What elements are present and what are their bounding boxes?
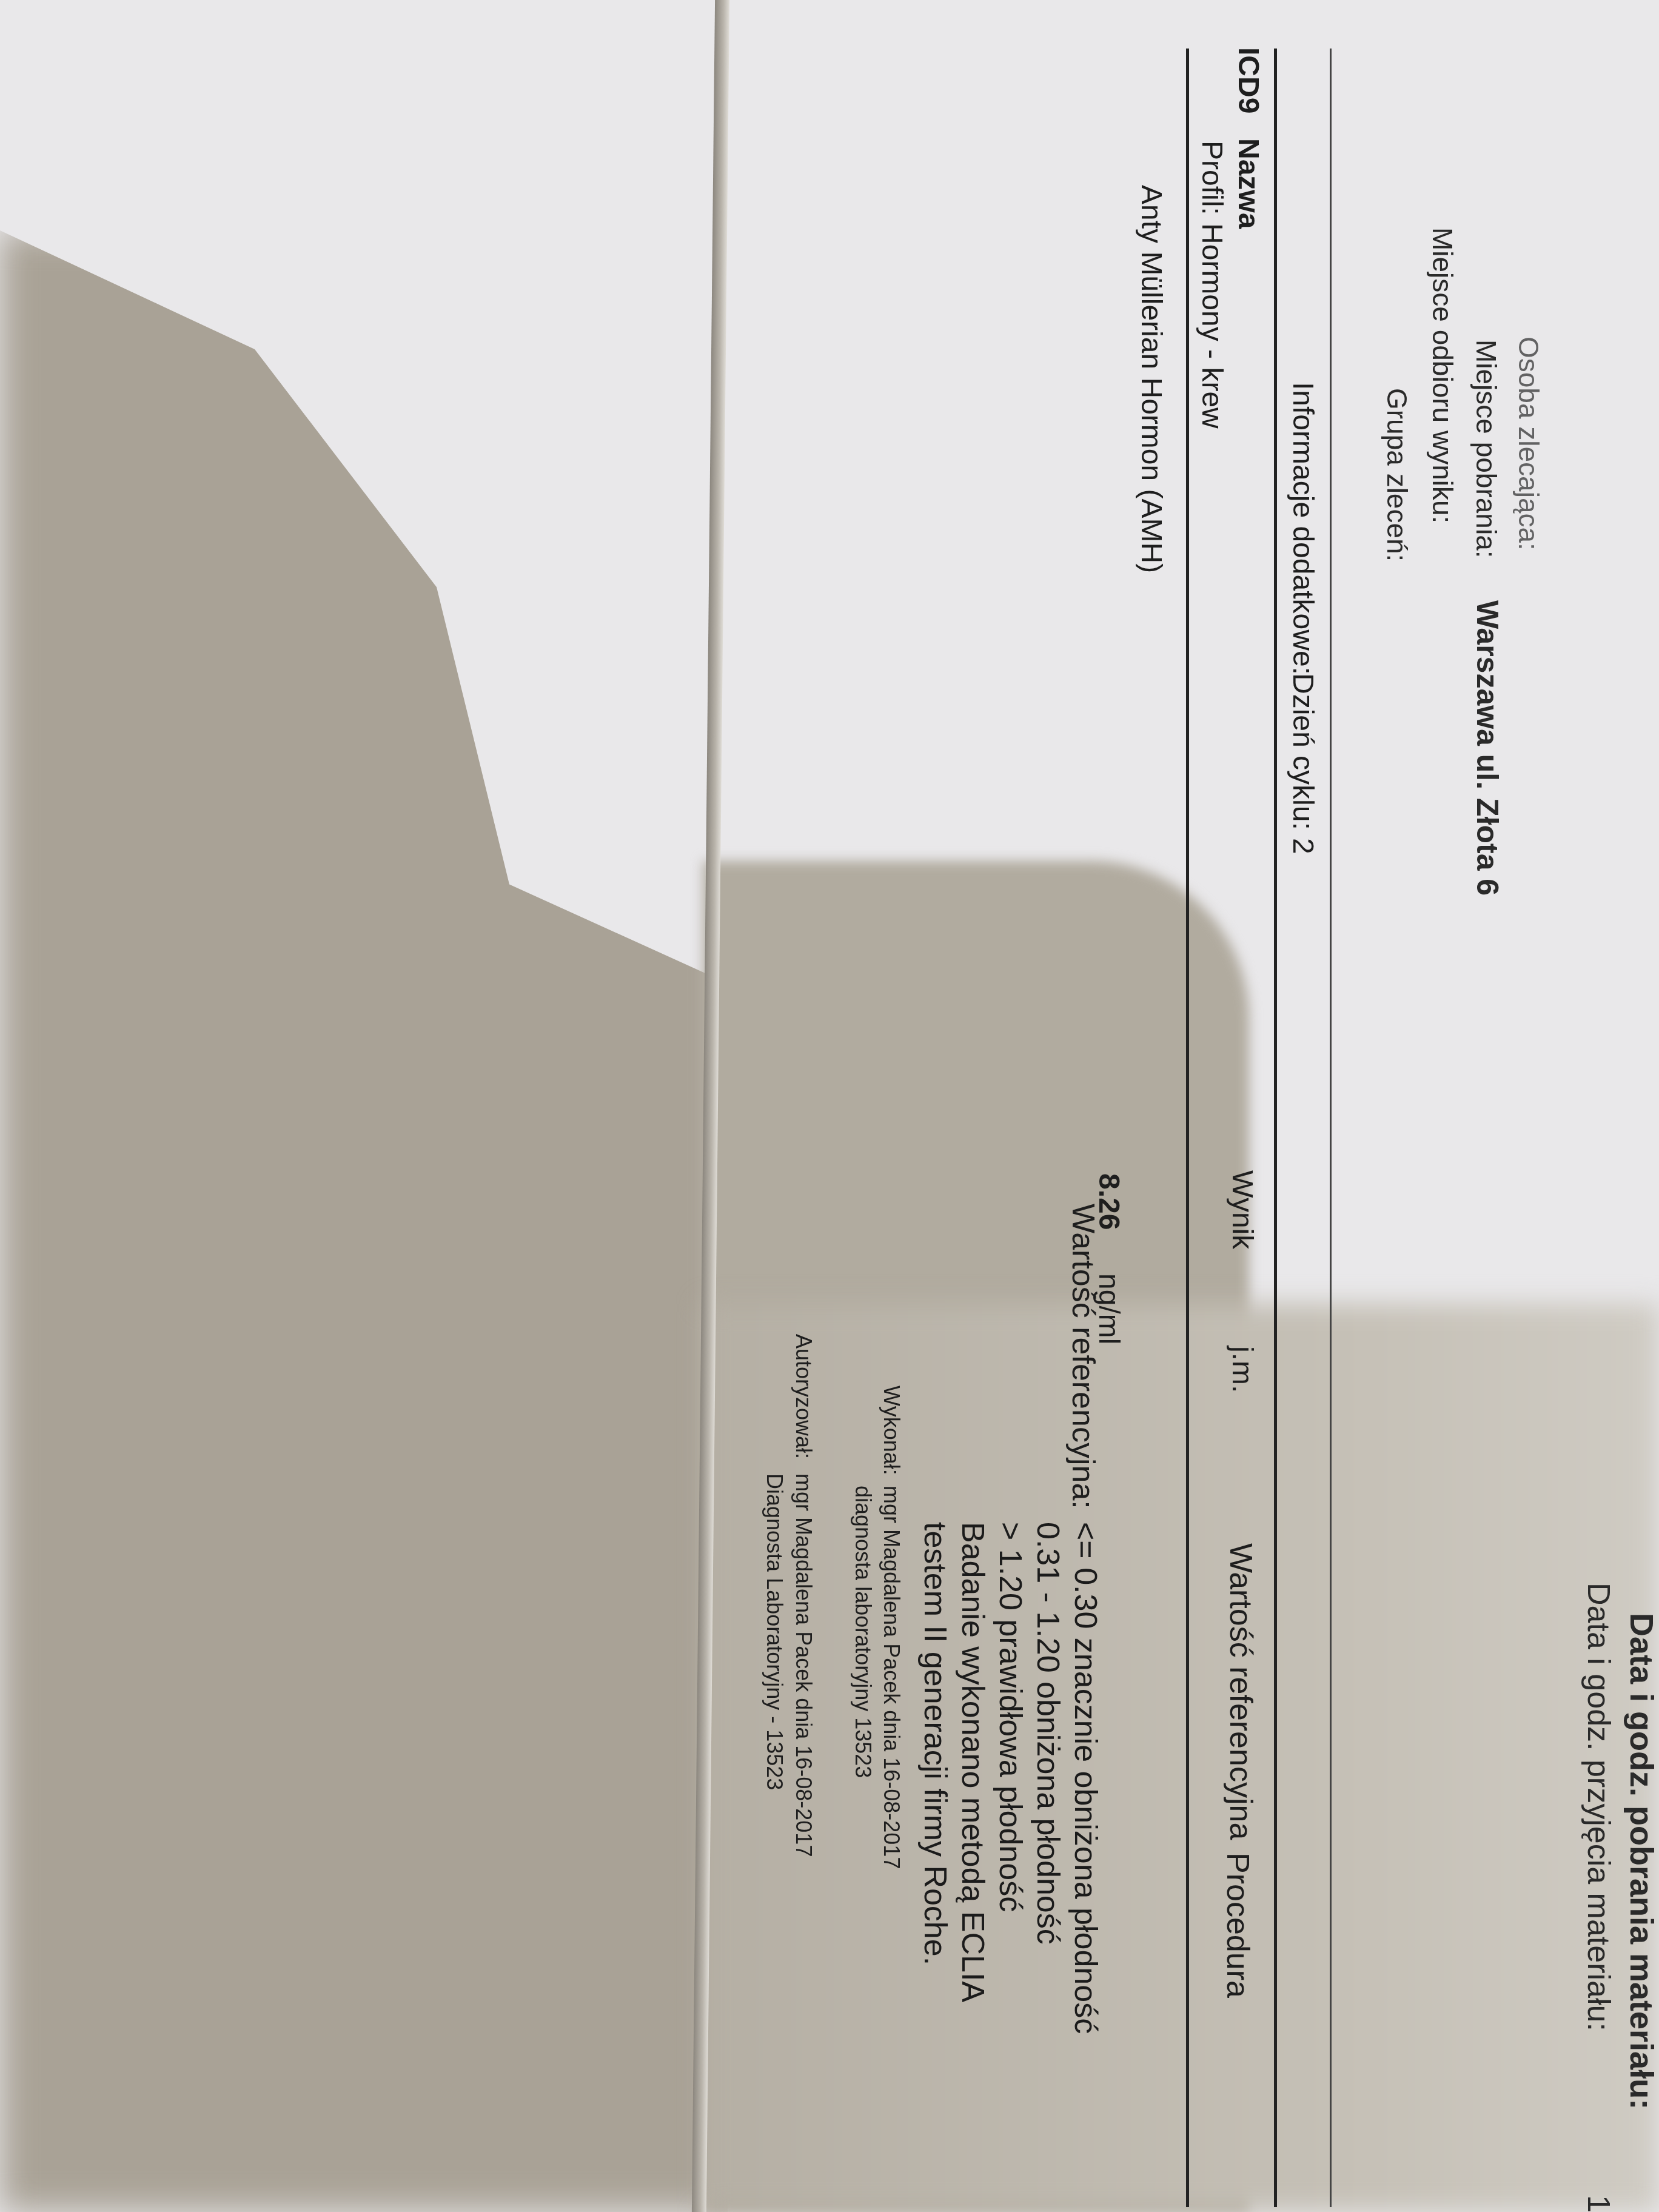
performed-line1: mgr Magdalena Pacek dnia 16-08-2017 [879,1486,904,1869]
column-result: Wynik [1225,1170,1259,1249]
ordering-person-label: Osoba zlecająca: [1512,337,1545,551]
collection-datetime-label: Data i godz. pobrania materiału: [1623,1613,1659,2110]
divider-header-top [1274,49,1277,2207]
column-name: Nazwa [1232,138,1265,229]
divider-top [1330,49,1332,2207]
reference-label: Wartość referencyjna: [1065,1204,1101,1509]
performed-line2: diagnosta laboratoryjny 13523 [850,1486,876,1778]
performed-label: Wykonał: [879,1386,904,1475]
collection-place-value: Warszawa ul. Złota 6 [1470,600,1505,896]
test-name: Anty Müllerian Hormon (AMH) [1134,185,1168,573]
order-group-label: Grupa zleceń: [1381,388,1413,561]
receipt-datetime-label: Data i godz. przyjęcia materiału: [1580,1583,1617,2031]
authorized-line2: Diagnosta Laboratoryjny - 13523 [762,1473,787,1790]
additional-info-value: Dzień cyklu: 2 [1286,673,1319,854]
reference-line: > 1.20 prawidłowa płodność [991,1522,1029,2034]
profile-text: Profil: Hormony - krew [1196,141,1228,429]
divider-header-bottom [1186,49,1189,2207]
column-reference: Wartość referencyjna [1222,1543,1259,1840]
column-unit: j.m. [1225,1346,1259,1393]
receipt-datetime-value: 1 [1580,2195,1617,2212]
pickup-place-label: Miejsce odbioru wyniku: [1426,227,1459,523]
column-procedure: Procedura [1219,1852,1256,1998]
collection-place-label: Miejsce pobrania: [1470,340,1503,558]
reference-ranges: <= 0.30 znacznie obniżona płodność 0.31 … [916,1522,1104,2034]
column-icd9: ICD9 [1232,47,1265,113]
reference-line: testem II generacji firmy Roche. [916,1522,954,2034]
reference-line: 0.31 - 1.20 obniżona płodność [1029,1522,1067,2034]
profile-label: Profil: Hormony - krew [1195,141,1228,429]
reference-line: Badanie wykonano metodą ECLIA [954,1522,991,2034]
reference-line: <= 0.30 znacznie obniżona płodność [1067,1522,1104,2034]
authorized-label: Autoryzował: [791,1334,816,1459]
authorized-line1: mgr Magdalena Pacek dnia 16-08-2017 [791,1473,816,1857]
additional-info-label: Informacje dodatkowe: [1286,382,1319,675]
lab-result-sheet: Osoba zlecająca: Miejsce pobrania: Warsz… [0,0,1659,2212]
